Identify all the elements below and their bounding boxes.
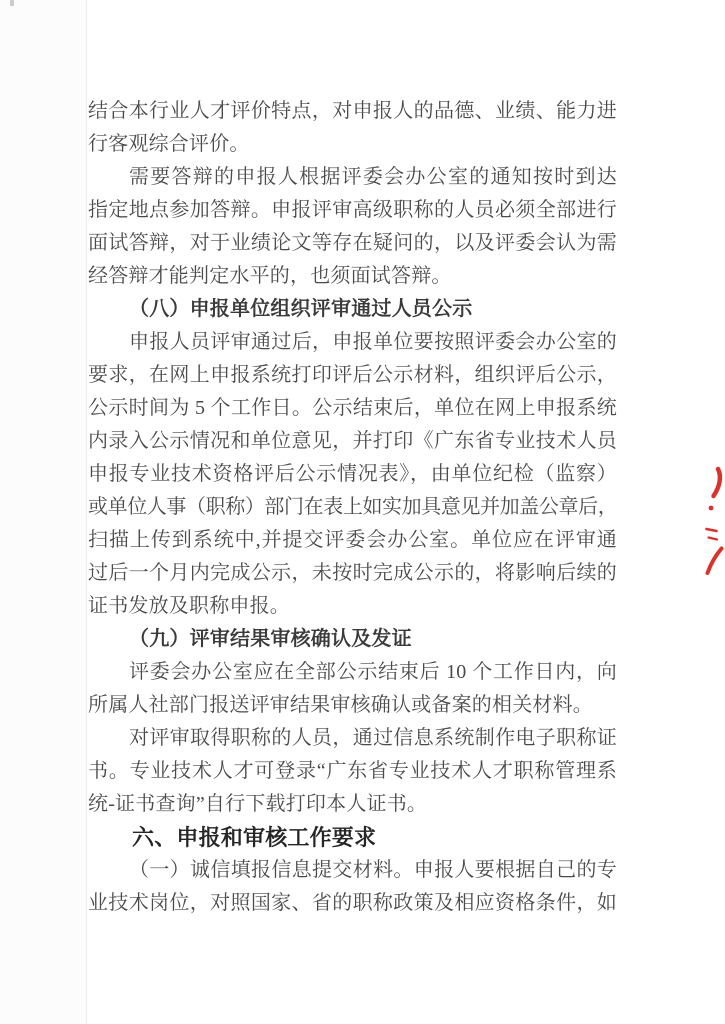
body-text-line: 结合本行业人才评价特点，对申报人的品德、业绩、能力进: [88, 95, 617, 128]
body-text-line: 业技术岗位，对照国家、省的职称政策及相应资格条件，如: [88, 887, 617, 920]
body-text-line: 扫描上传到系统中,并提交评委会办公室。单位应在评审通: [88, 524, 617, 557]
body-text-line: （一）诚信填报信息提交材料。申报人要根据自己的专: [88, 854, 617, 887]
body-text-line: 书。专业技术人才可登录“广东省专业技术人才职称管理系: [88, 755, 617, 788]
body-text-line: 申报专业技术资格评后公示情况表》，由单位纪检（监察）: [88, 458, 617, 491]
body-text-line: 公示时间为 5 个工作日。公示结束后，单位在网上申报系统: [88, 392, 617, 425]
body-text-line: 内录入公示情况和单位意见，并打印《广东省专业技术人员: [88, 425, 617, 458]
section-heading-6: 六、申报和审核工作要求: [88, 821, 617, 854]
body-text-line: 证书发放及职称申报。: [88, 590, 617, 623]
body-text-line: 对评审取得职称的人员，通过信息系统制作电子职称证: [88, 722, 617, 755]
subsection-heading-9: （九）评审结果审核确认及发证: [88, 623, 617, 656]
body-text-line: 或单位人事（职称）部门在表上如实加具意见并加盖公章后，: [88, 491, 617, 524]
body-text-line: 面试答辩，对于业绩论文等存在疑问的，以及评委会认为需: [88, 227, 617, 260]
red-ink-mark: [700, 465, 725, 580]
body-text-line: 统-证书查询”自行下载打印本人证书。: [88, 788, 617, 821]
body-text-line: 指定地点参加答辩。申报评审高级职称的人员必须全部进行: [88, 194, 617, 227]
body-text-line: 过后一个月内完成公示，未按时完成公示的，将影响后续的: [88, 557, 617, 590]
body-text-line: 行客观综合评价。: [88, 128, 617, 161]
body-text-line: 经答辩才能判定水平的，也须面试答辩。: [88, 260, 617, 293]
document-page: 结合本行业人才评价特点，对申报人的品德、业绩、能力进 行客观综合评价。 需要答辩…: [0, 0, 725, 1024]
scan-edge-line: [0, 0, 87, 1024]
body-text-line: 要求，在网上申报系统打印评后公示材料，组织评后公示，: [88, 359, 617, 392]
scan-artifact: [10, 0, 14, 6]
body-text-line: 需要答辩的申报人根据评委会办公室的通知按时到达: [88, 161, 617, 194]
body-text-line: 所属人社部门报送评审结果审核确认或备案的相关材料。: [88, 689, 617, 722]
body-text-line: 申报人员评审通过后，申报单位要按照评委会办公室的: [88, 326, 617, 359]
document-text-block: 结合本行业人才评价特点，对申报人的品德、业绩、能力进 行客观综合评价。 需要答辩…: [88, 95, 617, 920]
subsection-heading-8: （八）申报单位组织评审通过人员公示: [88, 293, 617, 326]
body-text-line: 评委会办公室应在全部公示结束后 10 个工作日内，向: [88, 656, 617, 689]
